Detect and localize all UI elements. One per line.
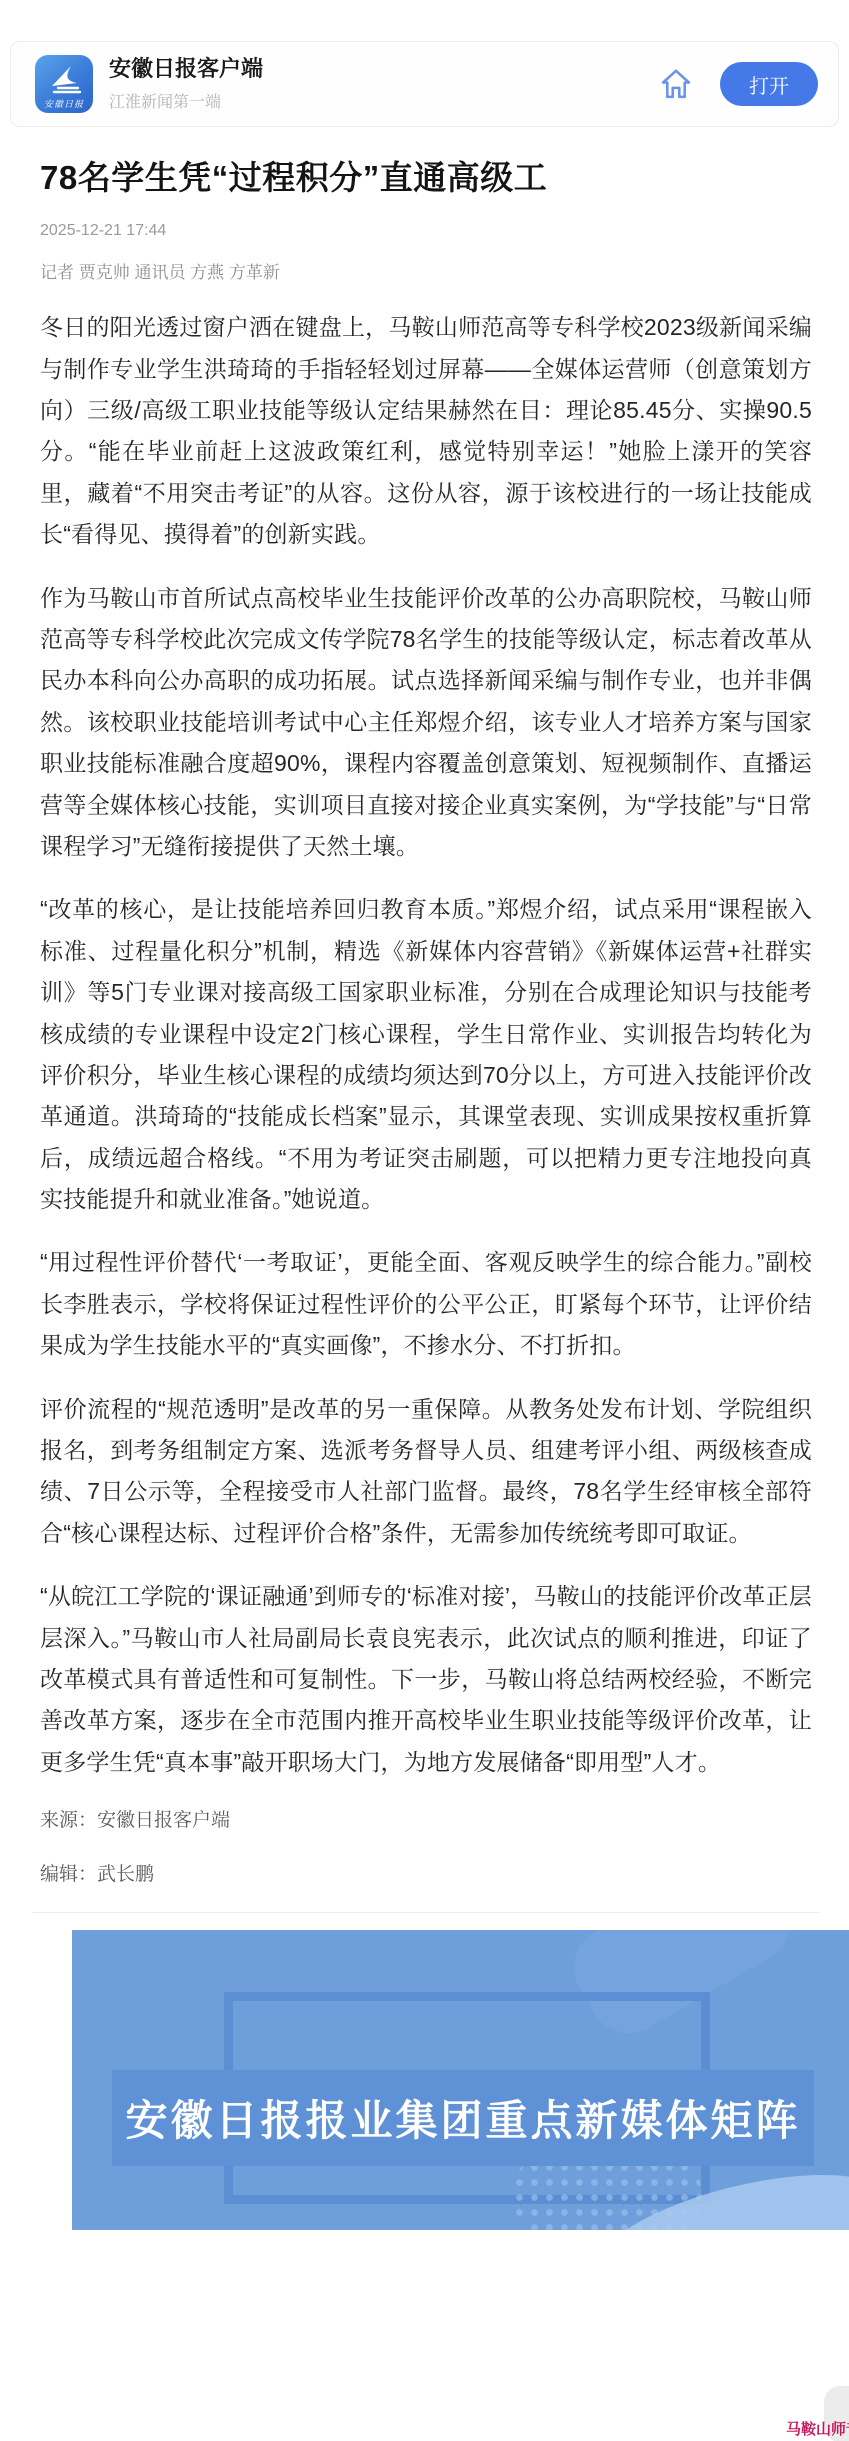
article-title: 78名学生凭“过程积分”直通高级工 xyxy=(40,157,812,198)
paragraph: 冬日的阳光透过窗户洒在键盘上，马鞍山师范高等专科学校2023级新闻采编与制作专业… xyxy=(40,307,812,555)
app-logo-icon: 安徽日报 xyxy=(35,55,93,113)
open-app-button[interactable]: 打开 xyxy=(720,62,818,106)
article-byline: 记者 贾克帅 通讯员 方燕 方革新 xyxy=(40,258,812,283)
banner-title-bar: 安徽日报报业集团重点新媒体矩阵 xyxy=(112,2070,814,2166)
source-label: 来源：安徽日报客户端 xyxy=(40,1805,812,1832)
article: 78名学生凭“过程积分”直通高级工 2025-12-21 17:44 记者 贾克… xyxy=(0,157,849,2230)
app-meta: 安徽日报客户端 江淮新闻第一端 xyxy=(109,56,658,112)
article-page: { "header": { "app_name": "安徽日报客户端", "ap… xyxy=(0,0,849,2441)
editor-label: 编辑：武长鹏 xyxy=(40,1859,812,1886)
app-name: 安徽日报客户端 xyxy=(109,56,658,82)
article-date: 2025-12-21 17:44 xyxy=(40,222,812,240)
app-icon-caption: 安徽日报 xyxy=(35,97,93,110)
paragraph: “用过程性评价替代‘一考取证’，更能全面、客观反映学生的综合能力。”副校长李胜表… xyxy=(40,1242,812,1366)
paragraph: “改革的核心，是让技能培养回归教育本质。”郑煜介绍，试点采用“课程嵌入标准、过程… xyxy=(40,889,812,1220)
banner-title: 安徽日报报业集团重点新媒体矩阵 xyxy=(125,2088,800,2148)
divider xyxy=(32,1912,820,1913)
article-body: 冬日的阳光透过窗户洒在键盘上，马鞍山师范高等专科学校2023级新闻采编与制作专业… xyxy=(40,307,812,1783)
home-icon xyxy=(658,66,694,102)
watermark-text: 马鞍山师专 xyxy=(786,2418,849,2439)
app-subtitle: 江淮新闻第一端 xyxy=(109,89,658,112)
paragraph: 评价流程的“规范透明”是改革的另一重保障。从教务处发布计划、学院组织报名，到考务… xyxy=(40,1389,812,1555)
home-button[interactable] xyxy=(658,66,694,102)
paragraph: “从皖江工学院的‘课证融通’到师专的‘标准对接’，马鞍山的技能评价改革正层层深入… xyxy=(40,1576,812,1783)
header-actions: 打开 xyxy=(658,62,818,106)
paragraph: 作为马鞍山市首所试点高校毕业生技能评价改革的公办高职院校，马鞍山师范高等专科学校… xyxy=(40,578,812,868)
app-header-card: 安徽日报 安徽日报客户端 江淮新闻第一端 打开 xyxy=(10,41,839,127)
promo-banner-image[interactable]: 安徽日报报业集团重点新媒体矩阵 xyxy=(72,1930,849,2230)
sail-logo-icon xyxy=(44,62,84,96)
article-meta: 来源：安徽日报客户端 编辑：武长鹏 xyxy=(40,1805,812,1886)
